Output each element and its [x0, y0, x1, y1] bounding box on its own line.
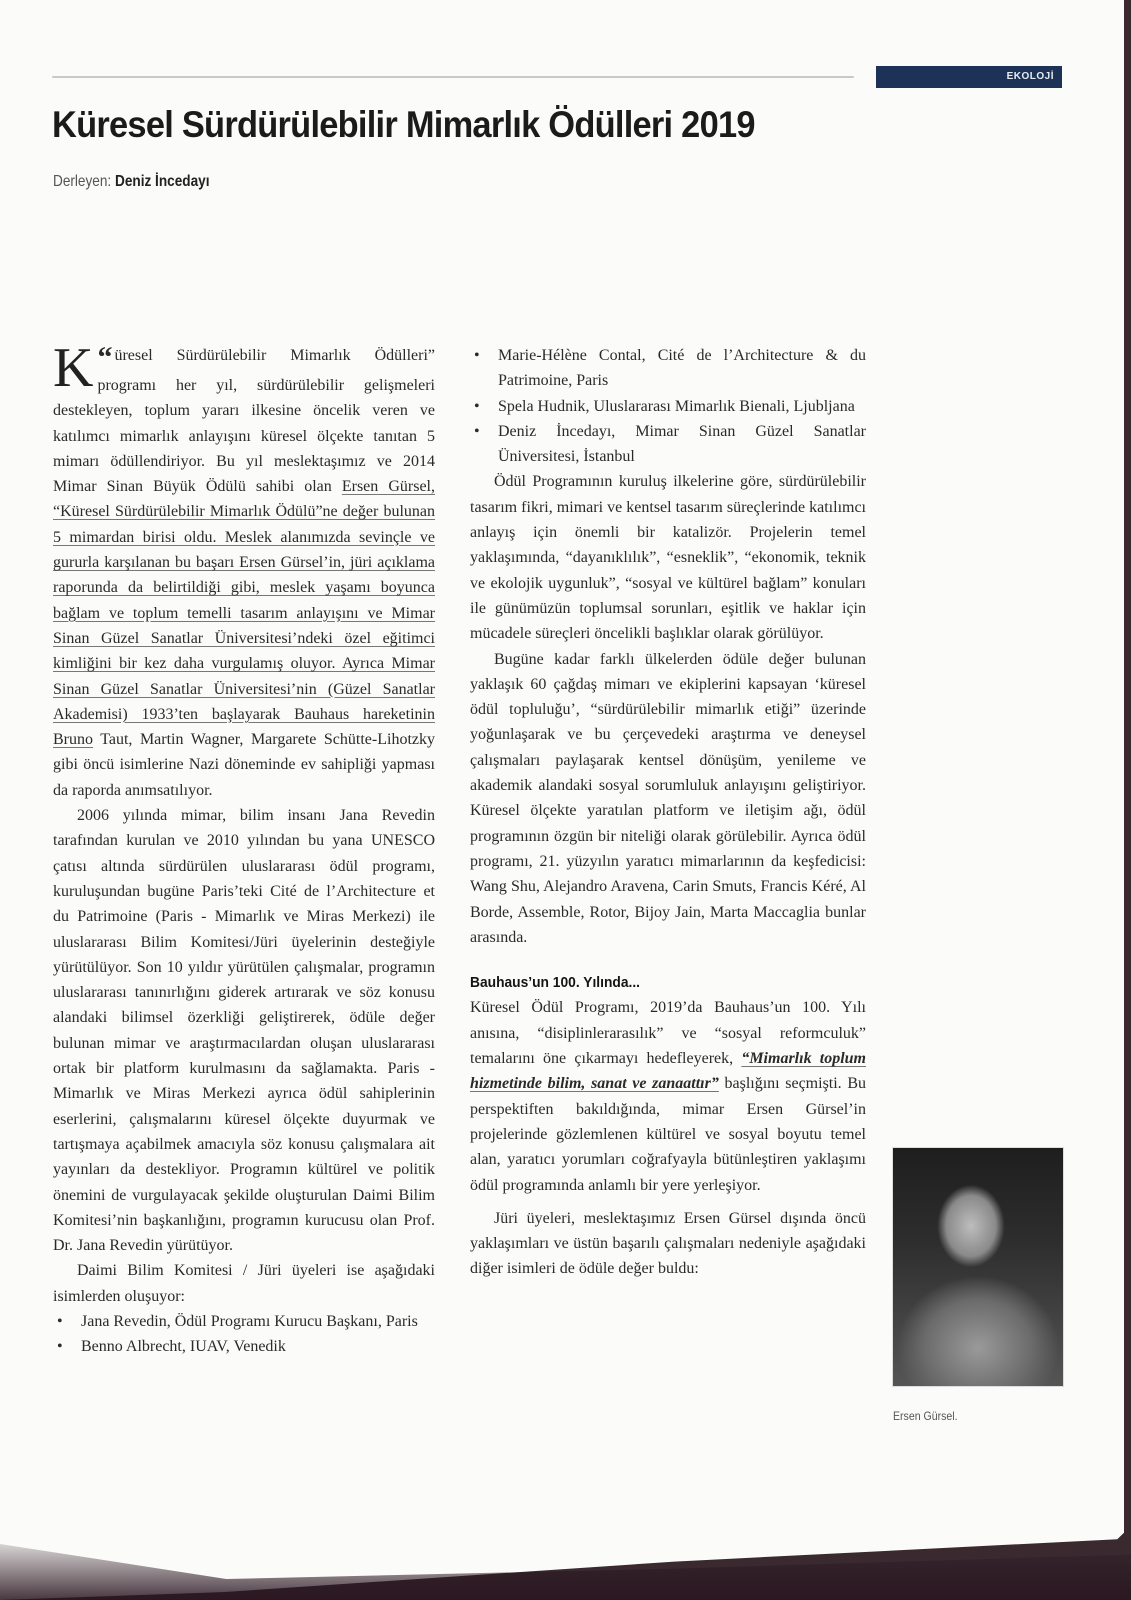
article-title: Küresel Sürdürülebilir Mimarlık Ödülleri…: [52, 104, 755, 146]
right-column: Marie-Hélène Contal, Cité de l’Architect…: [470, 343, 866, 1282]
paragraph: Jüri üyeleri, meslektaşımız Ersen Gürsel…: [470, 1206, 866, 1282]
paragraph: Bugüne kadar farklı ülkelerden ödüle değ…: [470, 647, 866, 951]
jury-list-item: Spela Hudnik, Uluslararası Mimarlık Bien…: [470, 394, 866, 419]
paragraph: Ödül Programının kuruluş ilkelerine göre…: [470, 469, 866, 646]
drop-cap: K: [53, 345, 93, 391]
opening-quote: “: [97, 341, 112, 374]
byline-author: Deniz İncedayı: [115, 173, 209, 190]
jury-list-item: Jana Revedin, Ödül Programı Kurucu Başka…: [53, 1309, 435, 1334]
paragraph: Daimi Bilim Komitesi / Jüri üyeleri ise …: [53, 1258, 435, 1309]
intro-tail: Taut, Martin Wagner, Margarete Schütte-L…: [53, 731, 435, 799]
jury-list: Jana Revedin, Ödül Programı Kurucu Başka…: [53, 1309, 435, 1360]
left-column: “Küresel Sürdürülebilir Mimarlık Ödüller…: [53, 343, 435, 1360]
paragraph: 2006 yılında mimar, bilim insanı Jana Re…: [53, 803, 435, 1258]
jury-list-item: Marie-Hélène Contal, Cité de l’Architect…: [470, 343, 866, 394]
byline: Derleyen: Deniz İncedayı: [53, 173, 209, 191]
byline-label: Derleyen:: [53, 173, 111, 190]
bauhaus-paragraph: Küresel Ödül Programı, 2019’da Bauhaus’u…: [470, 995, 866, 1197]
portrait-photo-icon: [892, 1147, 1064, 1387]
magazine-page: EKOLOJİ Küresel Sürdürülebilir Mimarlık …: [0, 0, 1124, 1600]
intro-paragraph: “Küresel Sürdürülebilir Mimarlık Ödüller…: [53, 343, 435, 803]
intro-underlined-text: Ersen Gürsel, “Küresel Sürdürülebilir Mi…: [53, 478, 435, 748]
jury-list-item: Benno Albrecht, IUAV, Venedik: [53, 1334, 435, 1359]
photo-caption: Ersen Gürsel.: [893, 1409, 958, 1423]
subheading: Bauhaus’un 100. Yılında...: [470, 970, 834, 995]
header-rule: [52, 76, 854, 78]
section-tag: EKOLOJİ: [876, 66, 1062, 88]
bauhaus-text-end: başlığını seçmişti. Bu perspektiften bak…: [470, 1075, 866, 1193]
jury-list: Marie-Hélène Contal, Cité de l’Architect…: [470, 343, 866, 469]
jury-list-item: Deniz İncedayı, Mimar Sinan Güzel Sanatl…: [470, 419, 866, 470]
